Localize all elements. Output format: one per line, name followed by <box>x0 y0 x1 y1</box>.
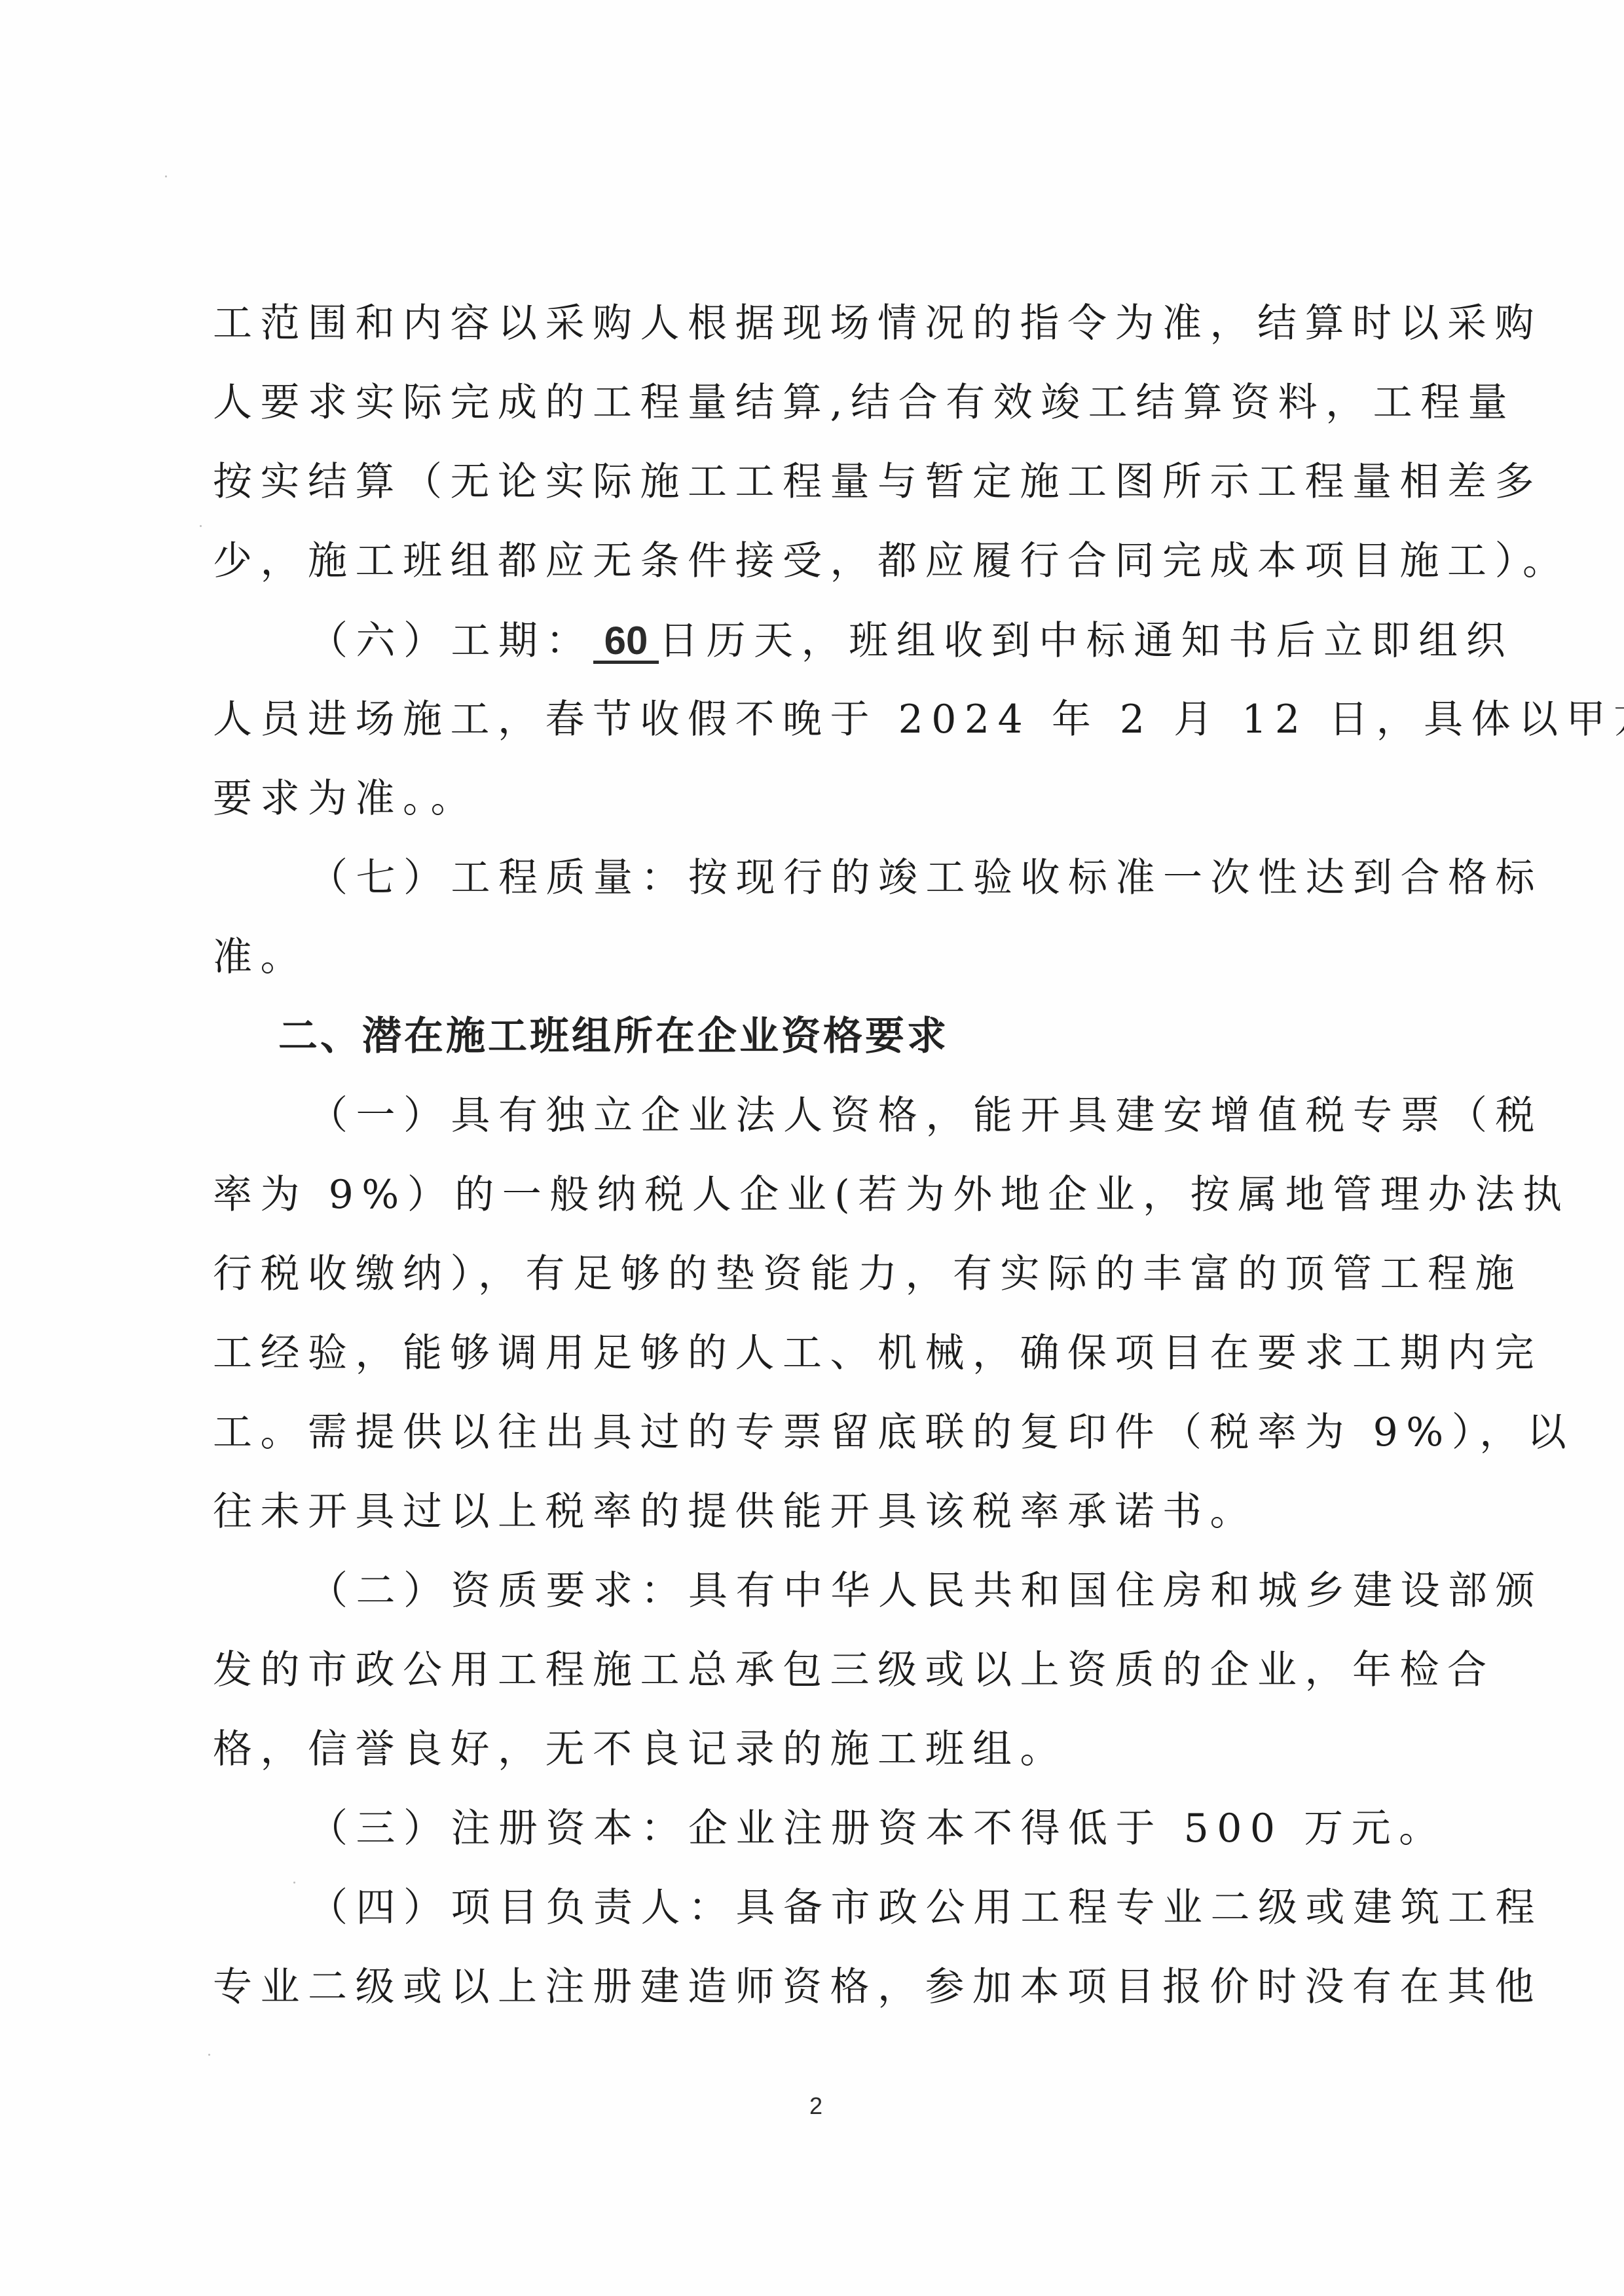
document-body: 工范围和内容以采购人根据现场情况的指令为准，结算时以采购 人要求实际完成的工程量… <box>213 284 1411 2027</box>
paragraph-line: 率为 9%）的一般纳税人企业(若为外地企业，按属地管理办法执 <box>213 1156 1411 1235</box>
paragraph-line: 专业二级或以上注册建造师资格，参加本项目报价时没有在其他 <box>213 1948 1411 2027</box>
section-heading-qualification: 二、潜在施工班组所在企业资格要求 <box>213 997 1411 1076</box>
scan-speck <box>165 175 167 177</box>
clause-6-suffix: 日历天，班组收到中标通知书后立即组织 <box>659 618 1513 664</box>
paragraph-line: 工范围和内容以采购人根据现场情况的指令为准，结算时以采购 <box>213 284 1411 363</box>
scan-speck <box>200 525 202 527</box>
clause-6-prefix: （六）工期： <box>308 618 593 664</box>
page-number: 2 <box>809 2092 822 2120</box>
paragraph-line: 少，施工班组都应无条件接受，都应履行合同完成本项目施工）。 <box>213 522 1411 601</box>
clause-7-quality: （七）工程质量：按现行的竣工验收标准一次性达到合格标 <box>213 839 1411 918</box>
paragraph-line: 要求为准。。 <box>213 759 1411 839</box>
clause-6-schedule: （六）工期： 60 日历天，班组收到中标通知书后立即组织 <box>213 601 1411 680</box>
paragraph-line: 工。需提供以往出具过的专票留底联的复印件（税率为 9%），以 <box>213 1393 1411 1472</box>
paragraph-line: 人要求实际完成的工程量结算,结合有效竣工结算资料，工程量 <box>213 363 1411 443</box>
clause-4-project-manager: （四）项目负责人：具备市政公用工程专业二级或建筑工程 <box>213 1868 1411 1948</box>
paragraph-line: 准。 <box>213 918 1411 997</box>
paragraph-line: 行税收缴纳），有足够的垫资能力，有实际的丰富的顶管工程施 <box>213 1235 1411 1314</box>
scan-speck <box>293 1882 295 1884</box>
clause-1-legal-entity: （一）具有独立企业法人资格，能开具建安增值税专票（税 <box>213 1076 1411 1156</box>
schedule-days-value: 60 <box>593 619 659 663</box>
scan-speck <box>1082 1421 1084 1423</box>
scan-speck <box>208 2054 210 2056</box>
clause-3-registered-capital: （三）注册资本：企业注册资本不得低于 500 万元。 <box>213 1789 1411 1868</box>
paragraph-line: 发的市政公用工程施工总承包三级或以上资质的企业，年检合 <box>213 1631 1411 1710</box>
paragraph-line: 工经验，能够调用足够的人工、机械，确保项目在要求工期内完 <box>213 1314 1411 1393</box>
clause-2-qualification: （二）资质要求：具有中华人民共和国住房和城乡建设部颁 <box>213 1552 1411 1631</box>
document-page: 工范围和内容以采购人根据现场情况的指令为准，结算时以采购 人要求实际完成的工程量… <box>0 0 1624 2296</box>
paragraph-line: 按实结算（无论实际施工工程量与暂定施工图所示工程量相差多 <box>213 443 1411 522</box>
paragraph-line: 格，信誉良好，无不良记录的施工班组。 <box>213 1710 1411 1789</box>
paragraph-line: 人员进场施工，春节收假不晚于 2024 年 2 月 12 日，具体以甲方 <box>213 680 1411 759</box>
paragraph-line: 往未开具过以上税率的提供能开具该税率承诺书。 <box>213 1472 1411 1552</box>
